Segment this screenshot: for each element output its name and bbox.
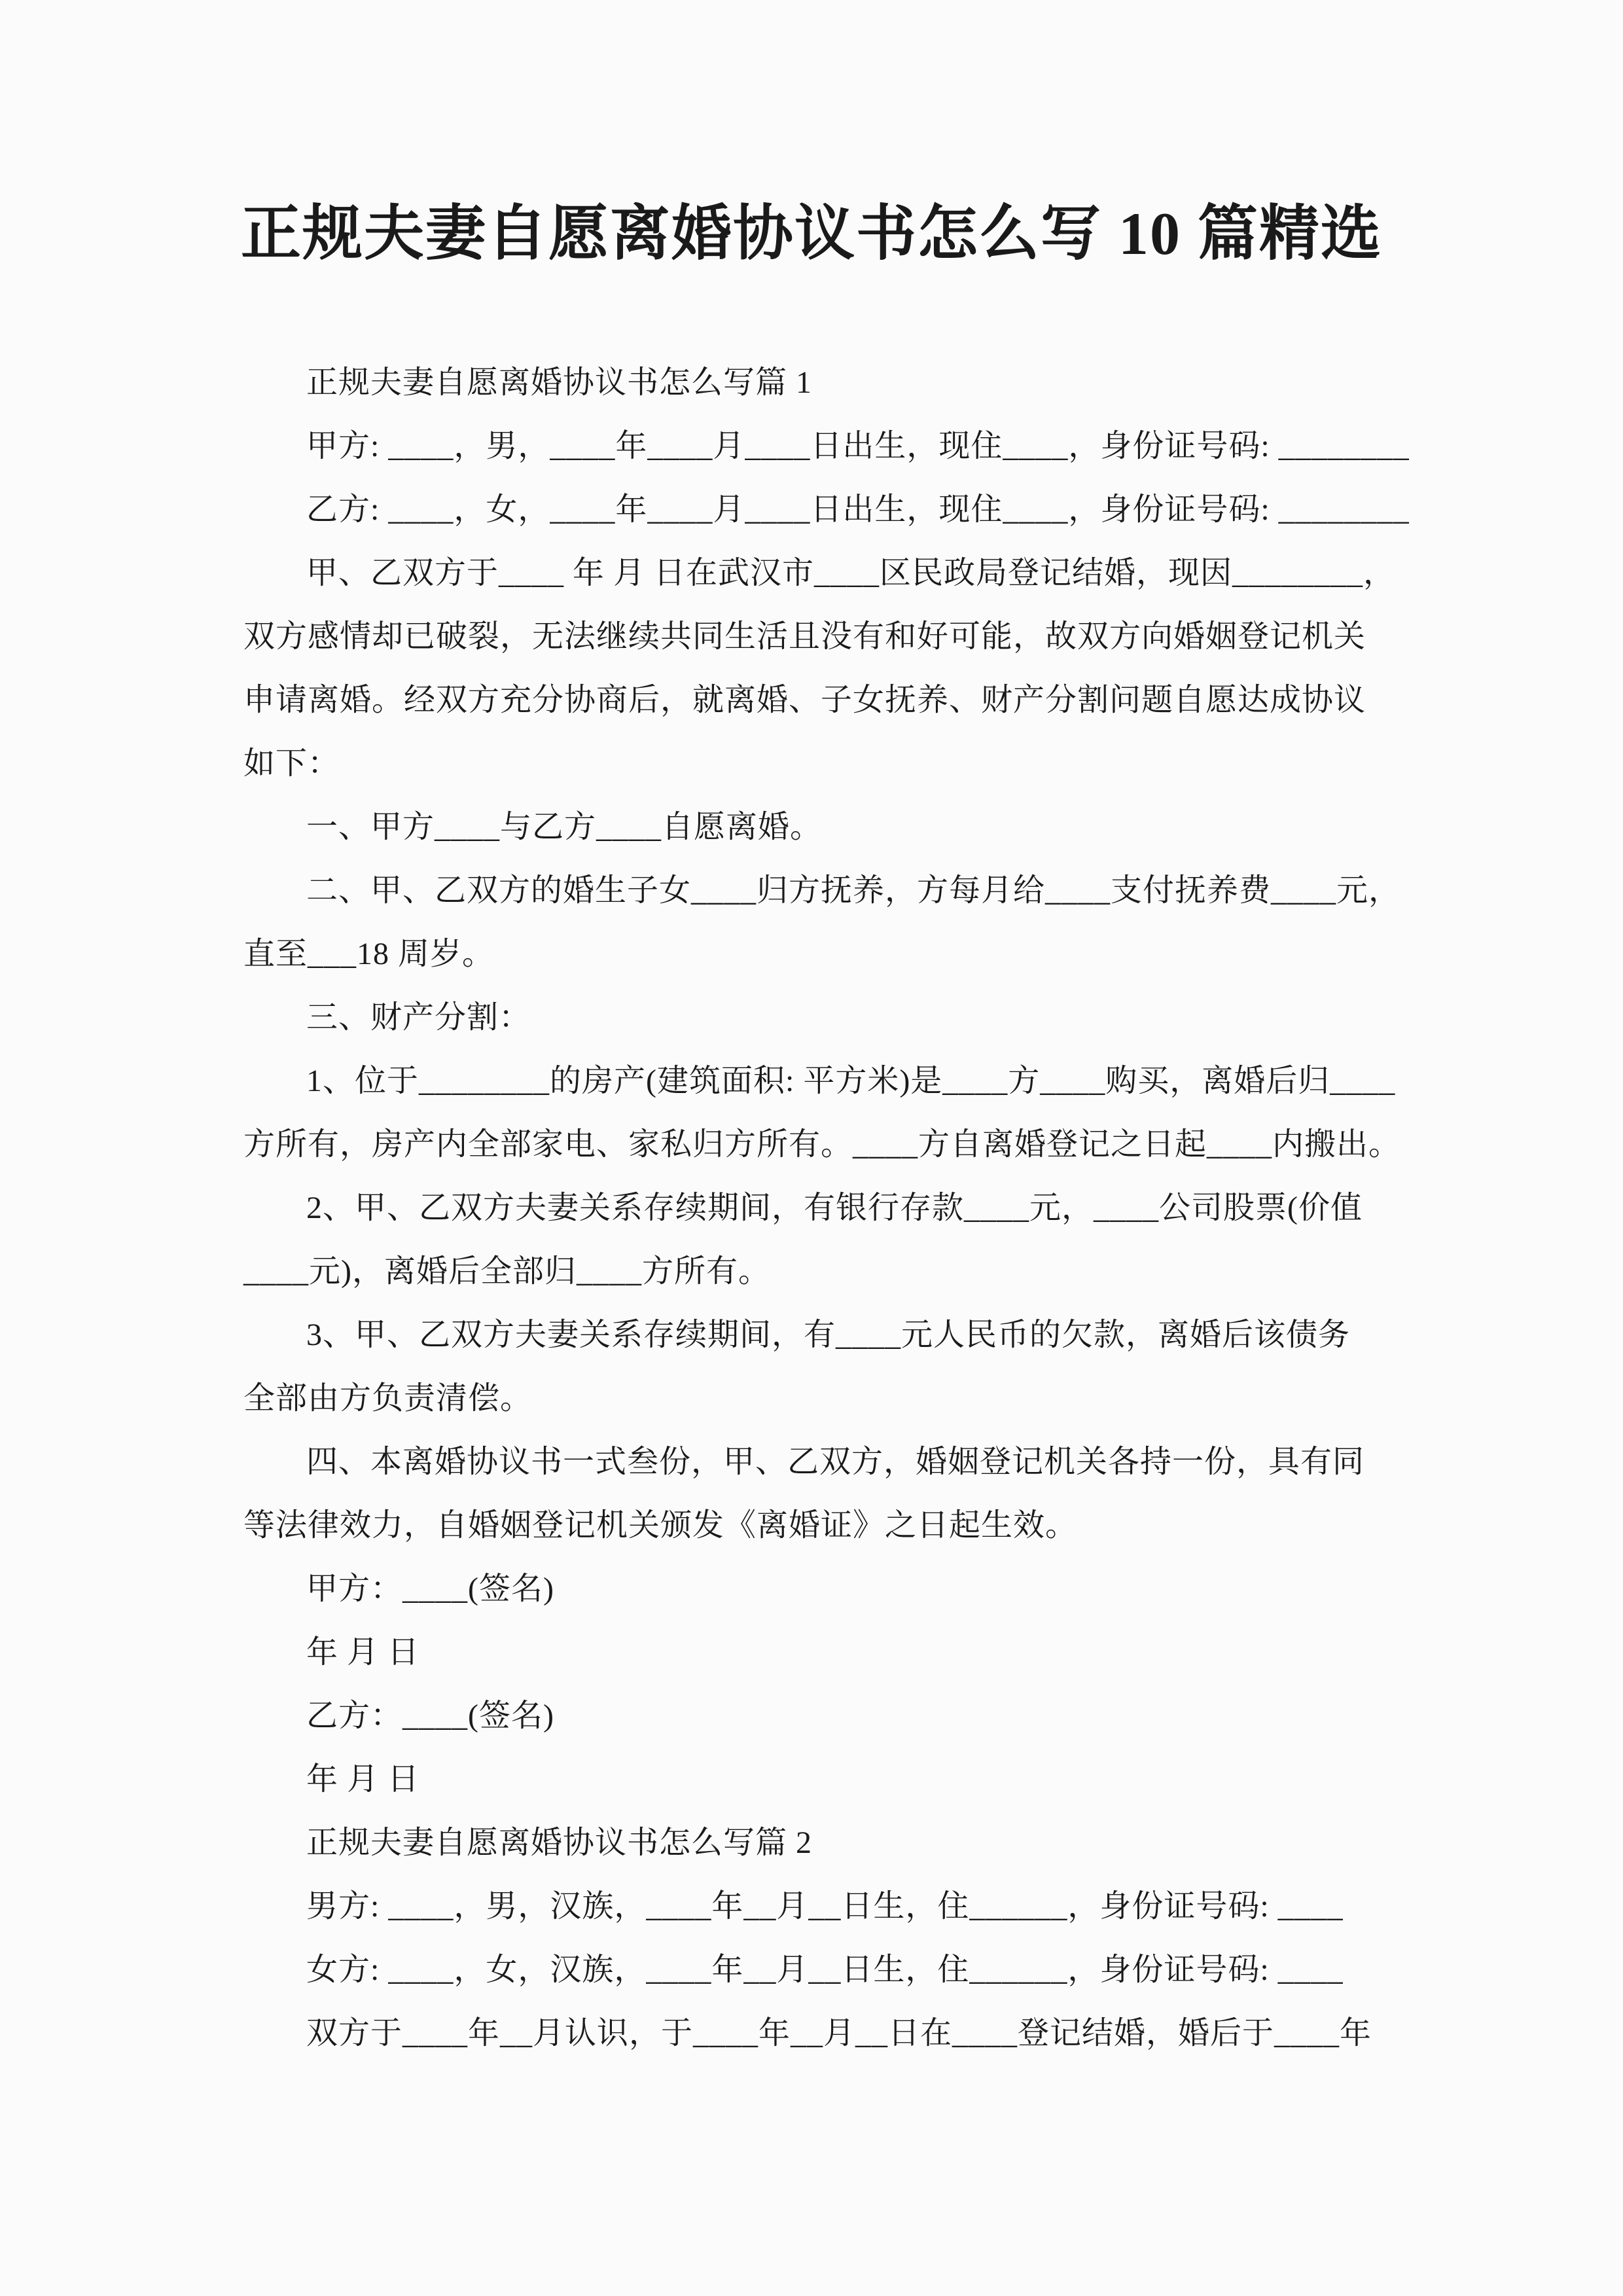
document-line: 三、财产分割： <box>243 986 1387 1049</box>
document-line: ____元)，离婚后全部归____方所有。 <box>243 1240 1387 1303</box>
document-line: 甲方：____(签名) <box>243 1557 1387 1621</box>
document-line: 女方: ____，女，汉族，____年__月__日生，住______，身份证号码… <box>243 1938 1387 2001</box>
document-line: 一、甲方____与乙方____自愿离婚。 <box>243 795 1387 859</box>
document-line: 甲方: ____，男，____年____月____日出生，现住____，身份证号… <box>243 414 1387 478</box>
document-line: 2、甲、乙双方夫妻关系存续期间，有银行存款____元，____公司股票(价值 <box>243 1176 1387 1240</box>
document-body: 正规夫妻自愿离婚协议书怎么写篇 1 甲方: ____，男，____年____月_… <box>243 351 1387 2065</box>
document-line: 正规夫妻自愿离婚协议书怎么写篇 2 <box>243 1811 1387 1874</box>
document-line: 1、位于________的房产(建筑面积: 平方米)是____方____购买，离… <box>243 1049 1387 1113</box>
document-line: 男方: ____，男，汉族，____年__月__日生，住______，身份证号码… <box>243 1874 1387 1938</box>
document-line: 四、本离婚协议书一式叁份，甲、乙双方，婚姻登记机关各持一份，具有同 <box>243 1430 1387 1494</box>
document-line: 全部由方负责清偿。 <box>243 1367 1387 1430</box>
document-title: 正规夫妻自愿离婚协议书怎么写 10 篇精选 <box>118 0 1505 269</box>
document-line: 正规夫妻自愿离婚协议书怎么写篇 1 <box>243 351 1387 414</box>
document-line: 乙方：____(签名) <box>243 1684 1387 1748</box>
document-line: 年 月 日 <box>243 1748 1387 1811</box>
document-line: 年 月 日 <box>243 1621 1387 1684</box>
document-line: 双方于____年__月认识，于____年__月__日在____登记结婚，婚后于_… <box>243 2001 1387 2065</box>
document-line: 方所有，房产内全部家电、家私归方所有。____方自离婚登记之日起____内搬出。 <box>243 1113 1387 1176</box>
document-line: 如下： <box>243 732 1387 795</box>
document-page: 正规夫妻自愿离婚协议书怎么写 10 篇精选 正规夫妻自愿离婚协议书怎么写篇 1 … <box>0 0 1623 2296</box>
document-line: 申请离婚。经双方充分协商后，就离婚、子女抚养、财产分割问题自愿达成协议 <box>243 668 1387 732</box>
document-line: 二、甲、乙双方的婚生子女____归方抚养，方每月给____支付抚养费____元， <box>243 859 1387 922</box>
document-line: 甲、乙双方于____ 年 月 日在武汉市____区民政局登记结婚，现因_____… <box>243 541 1387 605</box>
document-line: 3、甲、乙双方夫妻关系存续期间，有____元人民币的欠款，离婚后该债务 <box>243 1303 1387 1367</box>
document-line: 乙方: ____，女，____年____月____日出生，现住____，身份证号… <box>243 478 1387 541</box>
document-line: 双方感情却已破裂，无法继续共同生活且没有和好可能，故双方向婚姻登记机关 <box>243 605 1387 668</box>
document-line: 直至___18 周岁。 <box>243 922 1387 986</box>
document-line: 等法律效力，自婚姻登记机关颁发《离婚证》之日起生效。 <box>243 1494 1387 1557</box>
